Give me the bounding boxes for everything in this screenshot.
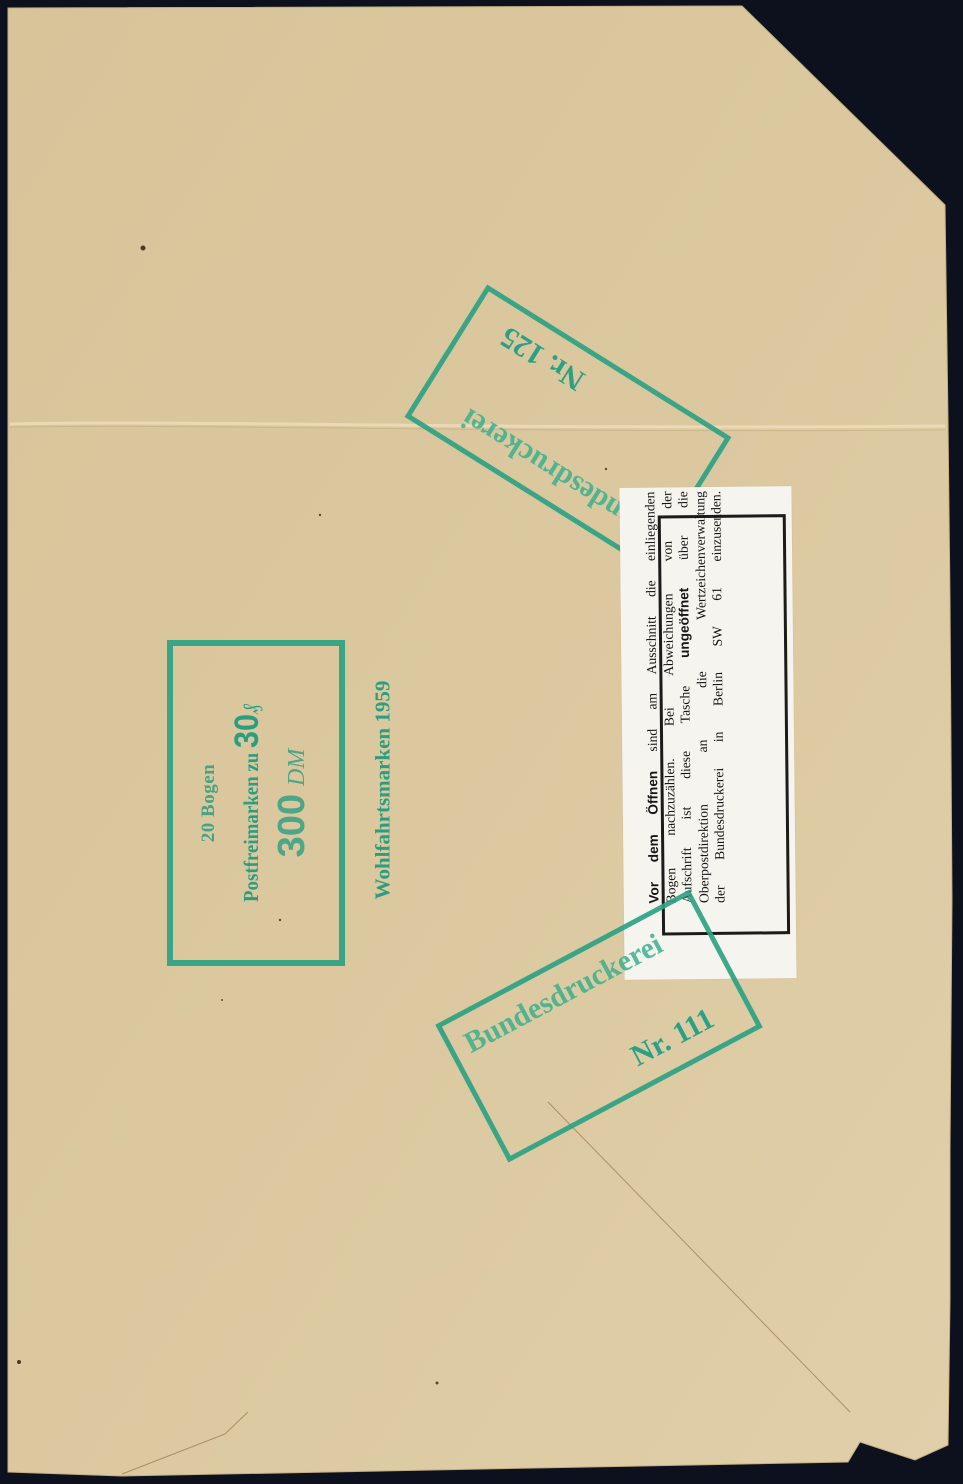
label-text: Vor dem Öffnen sind am Ausschnitt die ei… [642, 491, 729, 904]
value-stamp: 20 Bogen Postfreimarken zu 30₰ 300DM [167, 640, 345, 966]
total-value: 300DM [271, 749, 314, 858]
sheet-count: 20 Bogen [198, 764, 220, 842]
envelope-scan: 20 Bogen Postfreimarken zu 30₰ 300DM Woh… [0, 0, 963, 1484]
stamp-denomination: Postfreimarken zu 30₰ [228, 704, 267, 902]
envelope-paper [0, 0, 963, 1484]
series-title: Wohlfahrtsmarken 1959 [371, 645, 396, 935]
instruction-label: Vor dem Öffnen sind am Ausschnitt die ei… [619, 486, 796, 980]
